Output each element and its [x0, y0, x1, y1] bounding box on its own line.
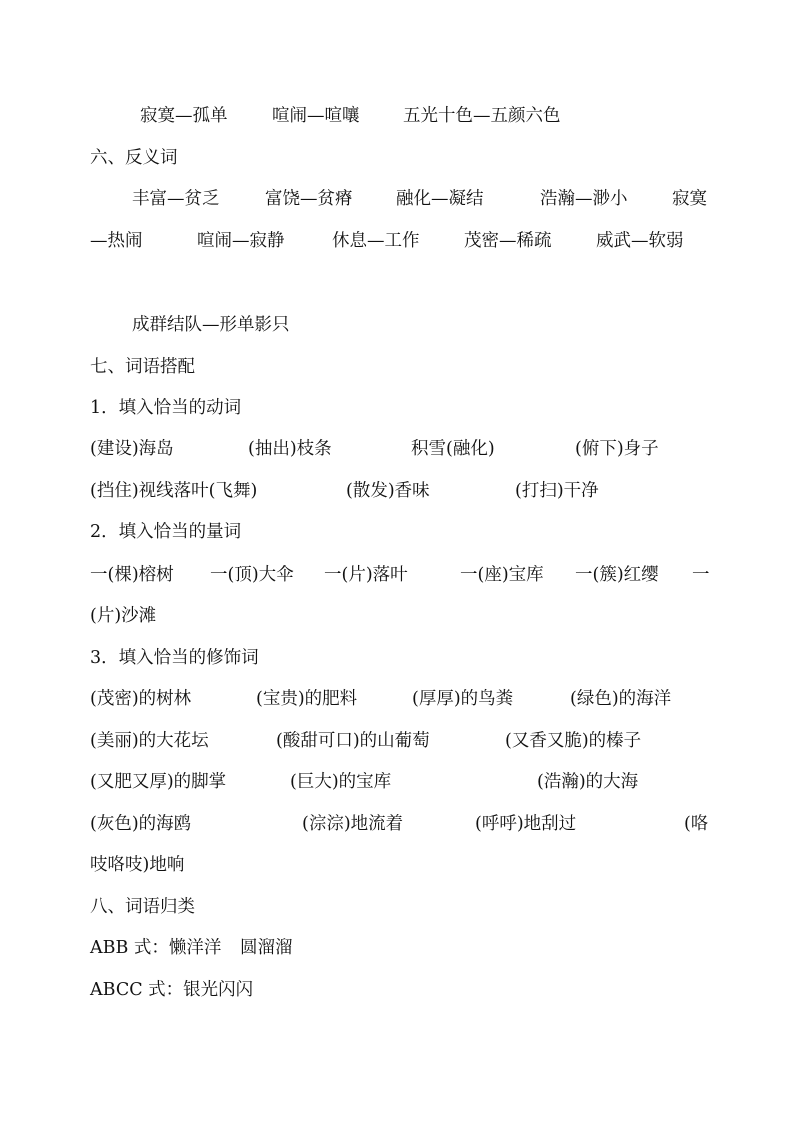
- text-segment: 寂寞—孤单: [140, 105, 228, 127]
- text-segment: 一(棵)榕树: [90, 564, 174, 586]
- text-segment: 一(片)落叶: [324, 564, 408, 586]
- text-segment: 喧闹—寂静: [197, 230, 285, 252]
- text-segment: 一(顶)大伞: [210, 564, 294, 586]
- text-segment: (呼呼)地刮过: [475, 813, 576, 835]
- text-segment: (宝贵)的肥料: [256, 688, 357, 710]
- text-segment: (浩瀚)的大海: [537, 771, 638, 793]
- text-segment: 浩瀚—渺小: [540, 188, 628, 210]
- text-segment: ABCC 式：银光闪闪: [90, 979, 253, 1001]
- text-segment: 寂寞: [672, 188, 707, 210]
- text-segment: 丰富—贫乏: [132, 188, 220, 210]
- text-segment: 圆溜溜: [240, 937, 293, 959]
- text-segment: 1．填入恰当的动词: [90, 397, 241, 419]
- text-segment: 休息—工作: [332, 230, 420, 252]
- text-segment: (俯下)身子: [575, 438, 659, 460]
- text-segment: 茂密—稀疏: [464, 230, 552, 252]
- text-segment: (茂密)的树林: [90, 688, 191, 710]
- text-segment: 融化—凝结: [396, 188, 484, 210]
- text-segment: (巨大)的宝库: [290, 771, 391, 793]
- text-segment: (咯: [684, 813, 708, 835]
- text-segment: 六、反义词: [90, 147, 178, 169]
- text-segment: (建设)海岛: [90, 438, 174, 460]
- text-segment: (酸甜可口)的山葡萄: [276, 730, 430, 752]
- text-segment: 2．填入恰当的量词: [90, 521, 241, 543]
- text-segment: 威武—软弱: [596, 230, 684, 252]
- text-segment: (抽出)枝条: [248, 438, 332, 460]
- text-segment: (厚厚)的鸟粪: [412, 688, 513, 710]
- text-segment: 一(簇)红缨: [575, 564, 659, 586]
- text-segment: (打扫)干净: [515, 480, 599, 502]
- text-segment: (散发)香味: [346, 480, 430, 502]
- text-segment: 成群结队—形单影只: [132, 314, 290, 336]
- text-segment: (片)沙滩: [90, 605, 156, 627]
- text-segment: 五光十色—五颜六色: [403, 105, 561, 127]
- text-segment: 吱咯吱)地响: [90, 854, 184, 876]
- text-segment: 富饶—贫瘠: [265, 188, 353, 210]
- text-segment: 八、词语归类: [90, 896, 195, 918]
- text-segment: ABB 式：懒洋洋: [90, 937, 221, 959]
- text-segment: —热闹: [90, 230, 143, 252]
- text-segment: (灰色)的海鸥: [90, 813, 191, 835]
- text-segment: 积雪(融化): [411, 438, 495, 460]
- text-segment: (又香又脆)的榛子: [505, 730, 641, 752]
- text-segment: (挡住)视线落叶(飞舞): [90, 480, 257, 502]
- text-segment: (绿色)的海洋: [570, 688, 671, 710]
- text-segment: (淙淙)地流着: [302, 813, 403, 835]
- text-segment: 一: [692, 564, 710, 586]
- text-segment: (美丽)的大花坛: [90, 730, 209, 752]
- text-segment: 一(座)宝库: [460, 564, 544, 586]
- text-segment: (又肥又厚)的脚掌: [90, 771, 226, 793]
- text-segment: 七、词语搭配: [90, 356, 195, 378]
- text-segment: 3．填入恰当的修饰词: [90, 647, 259, 669]
- text-segment: 喧闹—喧嚷: [272, 105, 360, 127]
